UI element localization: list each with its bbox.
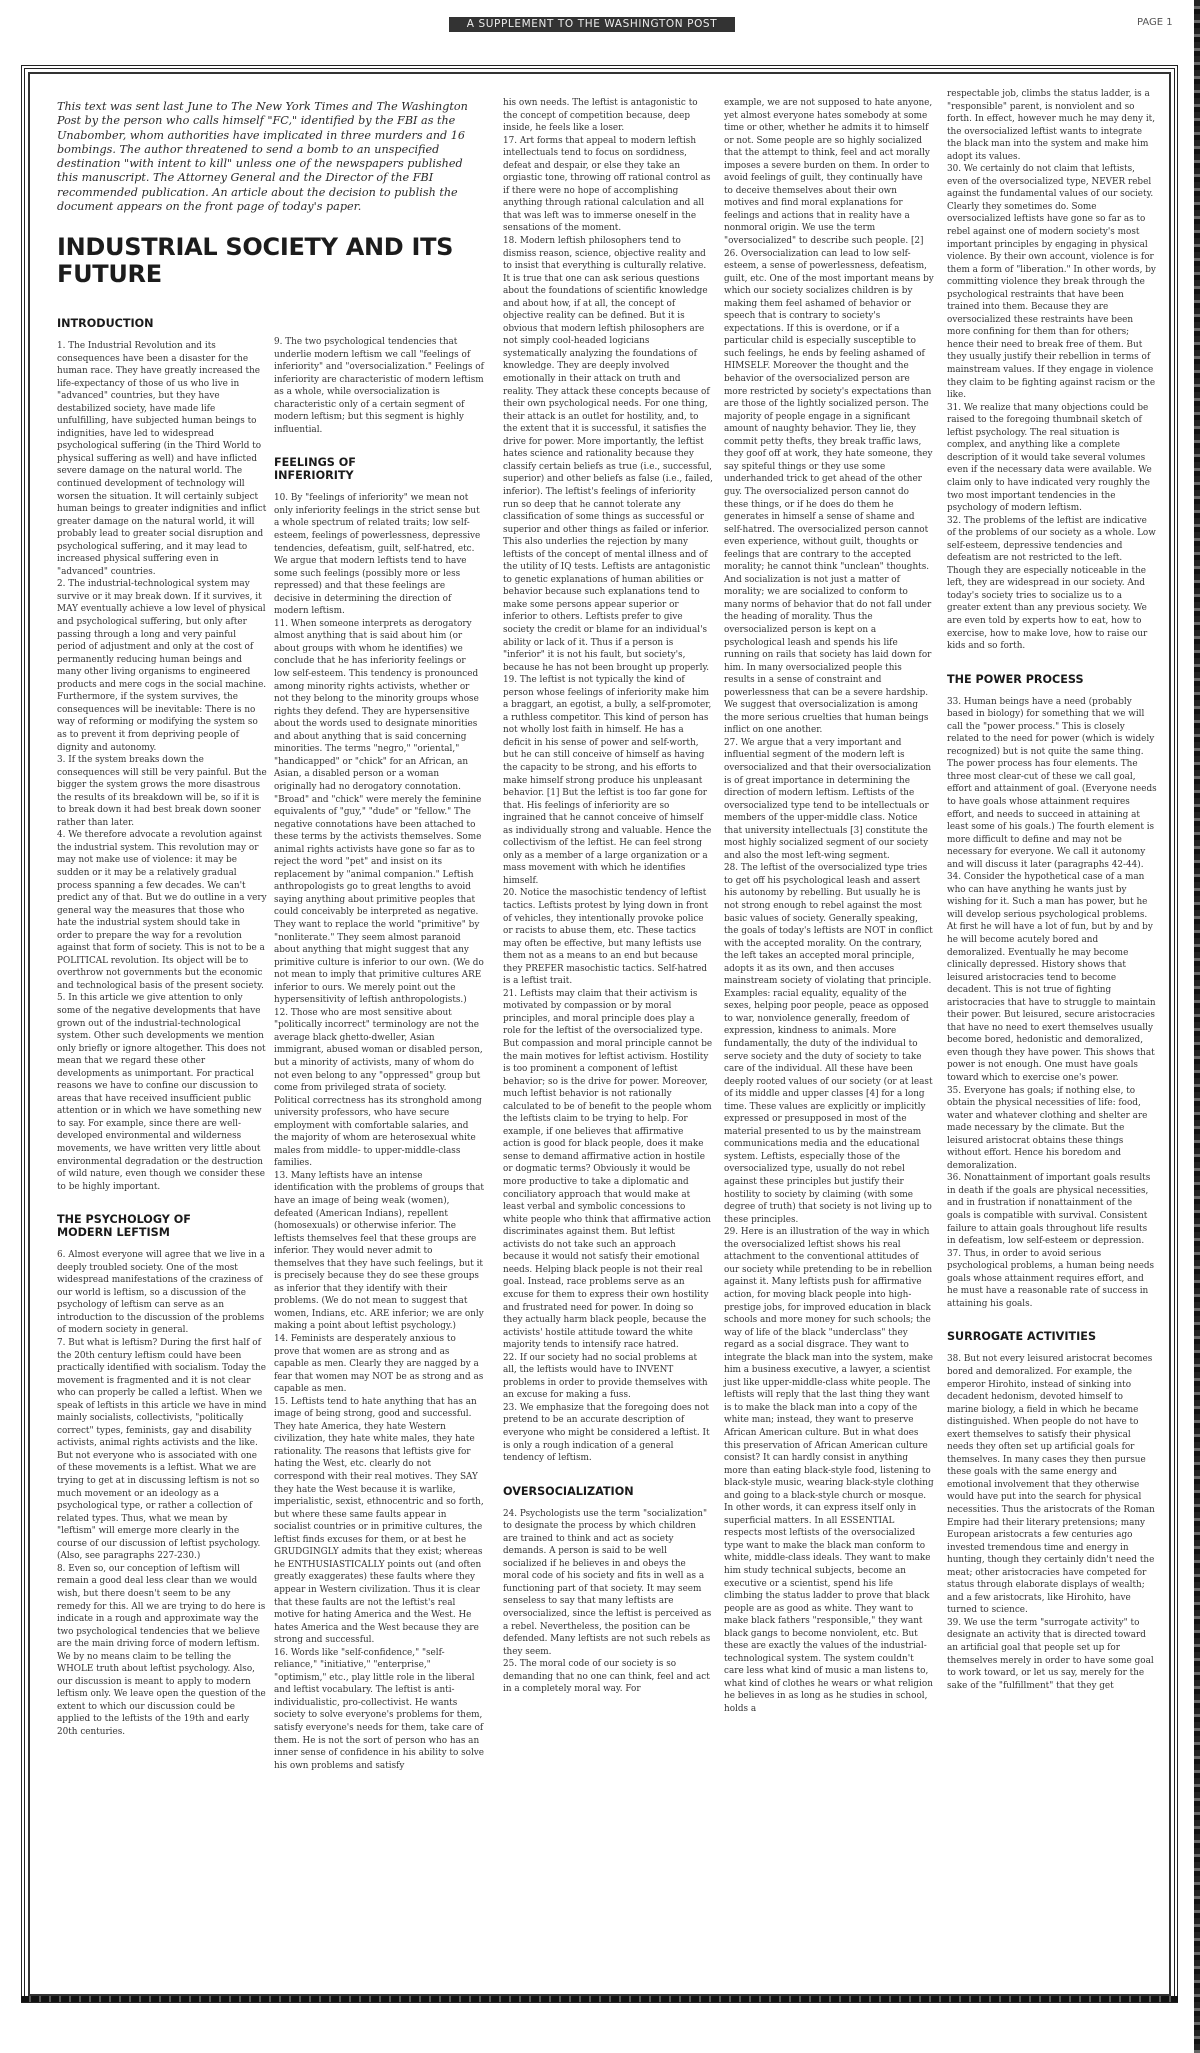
paragraph: 14. Feminists are desperately anxious to…: [274, 1333, 484, 1396]
paragraph: 27. We argue that a very important and i…: [724, 737, 934, 862]
paragraph: 15. Leftists tend to hate anything that …: [274, 1396, 484, 1647]
section-heading: SURROGATE ACTIVITIES: [947, 1330, 1157, 1343]
paragraph: 31. We realize that many objections coul…: [947, 402, 1157, 515]
paragraph: 9. The two psychological tendencies that…: [274, 336, 484, 436]
page-number: PAGE 1: [1137, 17, 1173, 28]
paragraph: 10. By "feelings of inferiority" we mean…: [274, 492, 484, 617]
column-1: INTRODUCTION 1. The Industrial Revolutio…: [57, 317, 267, 1739]
paragraph: 4. We therefore advocate a revolution ag…: [57, 829, 267, 992]
paragraph: 25. The moral code of our society is so …: [503, 1658, 713, 1696]
paragraph: 32. The problems of the leftist are indi…: [947, 515, 1157, 653]
paragraph: 8. Even so, our conception of leftism wi…: [57, 1563, 267, 1739]
section-heading: OVERSOCIALIZATION: [503, 1485, 713, 1498]
paragraph: 29. Here is an illustration of the way i…: [724, 1226, 934, 1715]
column-5: respectable job, climbs the status ladde…: [947, 88, 1157, 1692]
paragraph: 33. Human beings have a need (probably b…: [947, 696, 1157, 872]
paragraph: his own needs. The leftist is antagonist…: [503, 97, 713, 135]
paragraph: 35. Everyone has goals; if nothing else,…: [947, 1085, 1157, 1173]
column-4: example, we are not supposed to hate any…: [724, 97, 934, 1716]
paragraph: 19. The leftist is not typically the kin…: [503, 674, 713, 887]
paragraph: 18. Modern leftish philosophers tend to …: [503, 235, 713, 674]
paragraph: respectable job, climbs the status ladde…: [947, 88, 1157, 163]
paragraph: 36. Nonattainment of important goals res…: [947, 1172, 1157, 1247]
paragraph: 24. Psychologists use the term "socializ…: [503, 1508, 713, 1659]
paragraph: 1. The Industrial Revolution and its con…: [57, 340, 267, 578]
paragraph: 12. Those who are most sensitive about "…: [274, 1007, 484, 1170]
paragraph: 3. If the system breaks down the consequ…: [57, 754, 267, 829]
paragraph: 11. When someone interprets as derogator…: [274, 618, 484, 1007]
paragraph: 34. Consider the hypothetical case of a …: [947, 871, 1157, 1084]
paragraph: 13. Many leftists have an intense identi…: [274, 1170, 484, 1333]
masthead-banner: A SUPPLEMENT TO THE WASHINGTON POST: [449, 17, 735, 32]
paragraph: example, we are not supposed to hate any…: [724, 97, 934, 248]
paragraph: 7. But what is leftism? During the first…: [57, 1337, 267, 1563]
paragraph: 17. Art forms that appeal to modern left…: [503, 135, 713, 235]
column-2: 9. The two psychological tendencies that…: [274, 88, 484, 1772]
column-3: his own needs. The leftist is antagonist…: [503, 97, 713, 1696]
paragraph: 28. The leftist of the oversocialized ty…: [724, 862, 934, 1226]
page-frame-bottom-rule: [21, 1996, 1178, 2002]
paragraph: 20. Notice the masochistic tendency of l…: [503, 887, 713, 987]
section-heading: THE POWER PROCESS: [947, 673, 1157, 686]
paragraph: 2. The industrial-technological system m…: [57, 578, 267, 754]
paragraph: 21. Leftists may claim that their activi…: [503, 988, 713, 1352]
paragraph: 5. In this article we give attention to …: [57, 992, 267, 1193]
paragraph: 38. But not every leisured aristocrat be…: [947, 1353, 1157, 1616]
paragraph: 23. We emphasize that the foregoing does…: [503, 1402, 713, 1465]
paragraph: 30. We certainly do not claim that lefti…: [947, 163, 1157, 401]
paragraph: 37. Thus, in order to avoid serious psyc…: [947, 1248, 1157, 1311]
paragraph: 16. Words like "self-confidence," "self-…: [274, 1647, 484, 1772]
page-edge-border: [1194, 0, 1200, 2053]
section-heading: FEELINGS OF INFERIORITY: [274, 456, 364, 482]
paragraph: 26. Oversocialization can lead to low se…: [724, 248, 934, 737]
section-heading: INTRODUCTION: [57, 317, 267, 330]
paragraph: 39. We use the term "surrogate activity"…: [947, 1617, 1157, 1692]
paragraph: 6. Almost everyone will agree that we li…: [57, 1249, 267, 1337]
section-heading: THE PSYCHOLOGY OF MODERN LEFTISM: [57, 1213, 197, 1239]
paragraph: 22. If our society had no social problem…: [503, 1352, 713, 1402]
